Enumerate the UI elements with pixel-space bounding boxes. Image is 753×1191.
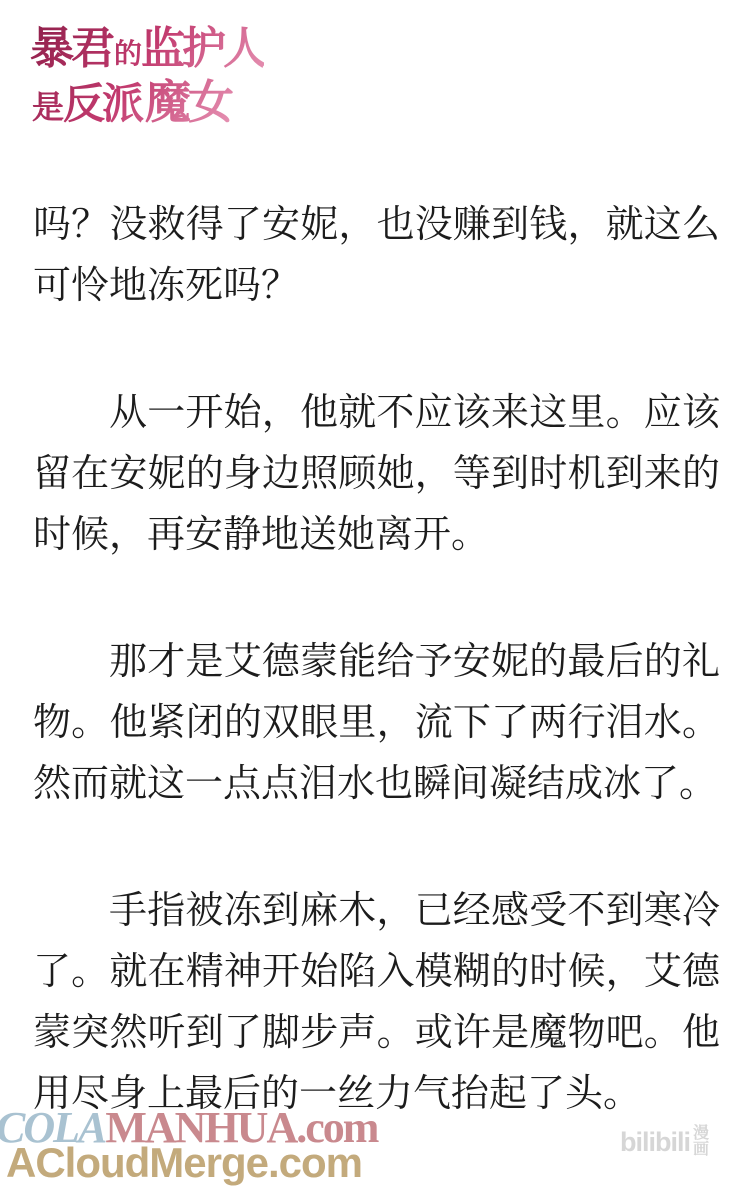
logo-segment: 暴君: [30, 24, 112, 75]
manhua-char-1: 漫: [693, 1126, 709, 1142]
logo-segment: 反派: [61, 81, 141, 129]
logo-segment: 的: [112, 39, 141, 71]
logo-segment: 魔女: [141, 77, 231, 130]
series-logo: 暴君 的 监护人 是 反派 魔女: [30, 24, 264, 129]
logo-segment: 监护人: [141, 24, 264, 75]
bilibili-manga-logo: bilibili 漫 画: [620, 1126, 709, 1158]
watermark-acloudmerge: ACloudMerge.com: [6, 1142, 362, 1184]
paragraph-2: 从一开始，他就不应该来这里。应该留在安妮的身边照顾她，等到时机到来的时候，再安静…: [33, 383, 720, 566]
paragraph-4: 手指被冻到麻木，已经感受不到寒冷了。就在精神开始陷入模糊的时候，艾德蒙突然听到了…: [33, 881, 720, 1125]
novel-body-text: 吗？没救得了安妮，也没赚到钱，就这么可怜地冻死吗？ 从一开始，他就不应该来这里。…: [33, 195, 720, 1125]
paragraph-3: 那才是艾德蒙能给予安妮的最后的礼物。他紧闭的双眼里，流下了两行泪水。然而就这一点…: [33, 632, 720, 815]
logo-line-2: 是 反派 魔女: [32, 77, 264, 130]
manhua-char-2: 画: [693, 1142, 709, 1158]
novel-text-page: 暴君 的 监护人 是 反派 魔女 吗？没救得了安妮，也没赚到钱，就这么可怜地冻死…: [0, 0, 753, 1191]
logo-line-1: 暴君 的 监护人: [30, 24, 264, 75]
paragraph-1: 吗？没救得了安妮，也没赚到钱，就这么可怜地冻死吗？: [33, 195, 720, 317]
manhua-label: 漫 画: [693, 1126, 709, 1158]
bilibili-wordmark: bilibili: [620, 1129, 690, 1156]
logo-segment: 是: [32, 89, 61, 126]
